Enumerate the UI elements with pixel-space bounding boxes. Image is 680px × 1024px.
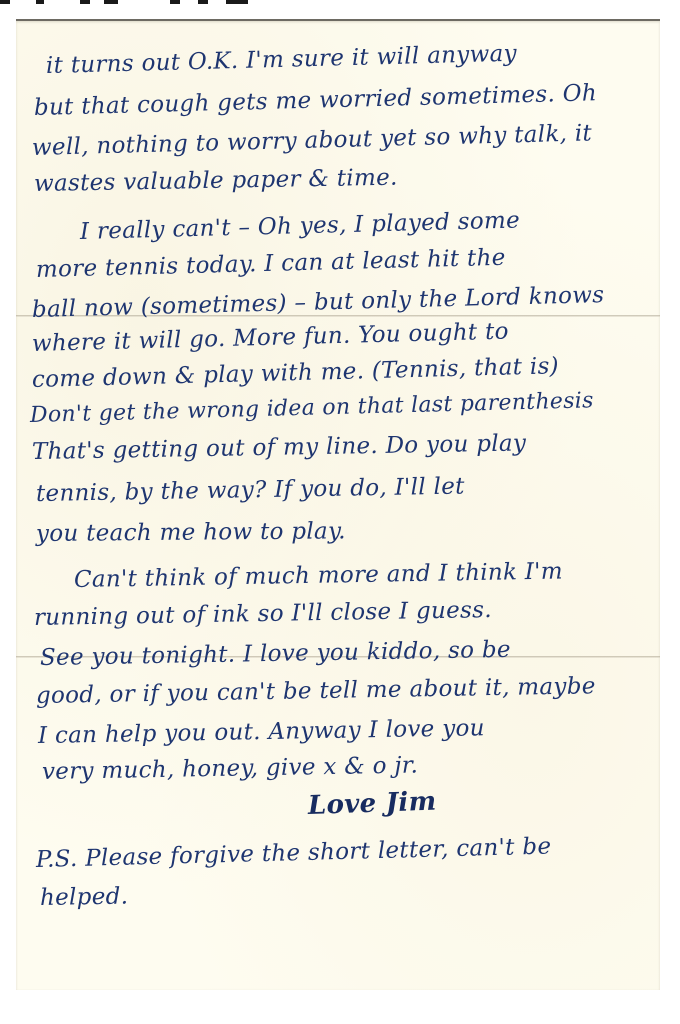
letter-line: tennis, by the way? If you do, I'll let — [36, 474, 465, 507]
letter-line: it turns out O.K. I'm sure it will anywa… — [46, 41, 518, 79]
letter-line: See you tonight. I love you kiddo, so be — [40, 637, 511, 671]
letter-line: come down & play with me. (Tennis, that … — [32, 353, 560, 393]
letter-page: it turns out O.K. I'm sure it will anywa… — [16, 19, 660, 990]
postscript-line: P.S. Please forgive the short letter, ca… — [36, 834, 552, 873]
letter-line: I really can't – Oh yes, I played some — [80, 207, 521, 245]
letter-line: more tennis today. I can at least hit th… — [36, 245, 506, 283]
letter-line: where it will go. More fun. You ought to — [32, 319, 509, 357]
document-scan: it turns out O.K. I'm sure it will anywa… — [0, 0, 680, 1024]
letter-line: running out of ink so I'll close I guess… — [34, 597, 492, 631]
letter-line: but that cough gets me worried sometimes… — [34, 80, 598, 121]
postscript-line: helped. — [40, 883, 129, 911]
letter-line: Can't think of much more and I think I'm — [74, 558, 563, 593]
letter-line: very much, honey, give x & o jr. — [42, 752, 419, 785]
cropped-header-marks — [0, 0, 260, 4]
letter-line: wastes valuable paper & time. — [34, 165, 398, 197]
letter-line: Don't get the wrong idea on that last pa… — [30, 388, 594, 428]
letter-line: I can help you out. Anyway I love you — [38, 715, 485, 749]
letter-line: well, nothing to worry about yet so why … — [32, 120, 593, 161]
letter-line: you teach me how to play. — [36, 518, 346, 547]
signature: Love Jim — [307, 787, 436, 821]
letter-line: good, or if you can't be tell me about i… — [36, 673, 596, 709]
letter-line: That's getting out of my line. Do you pl… — [32, 430, 527, 465]
